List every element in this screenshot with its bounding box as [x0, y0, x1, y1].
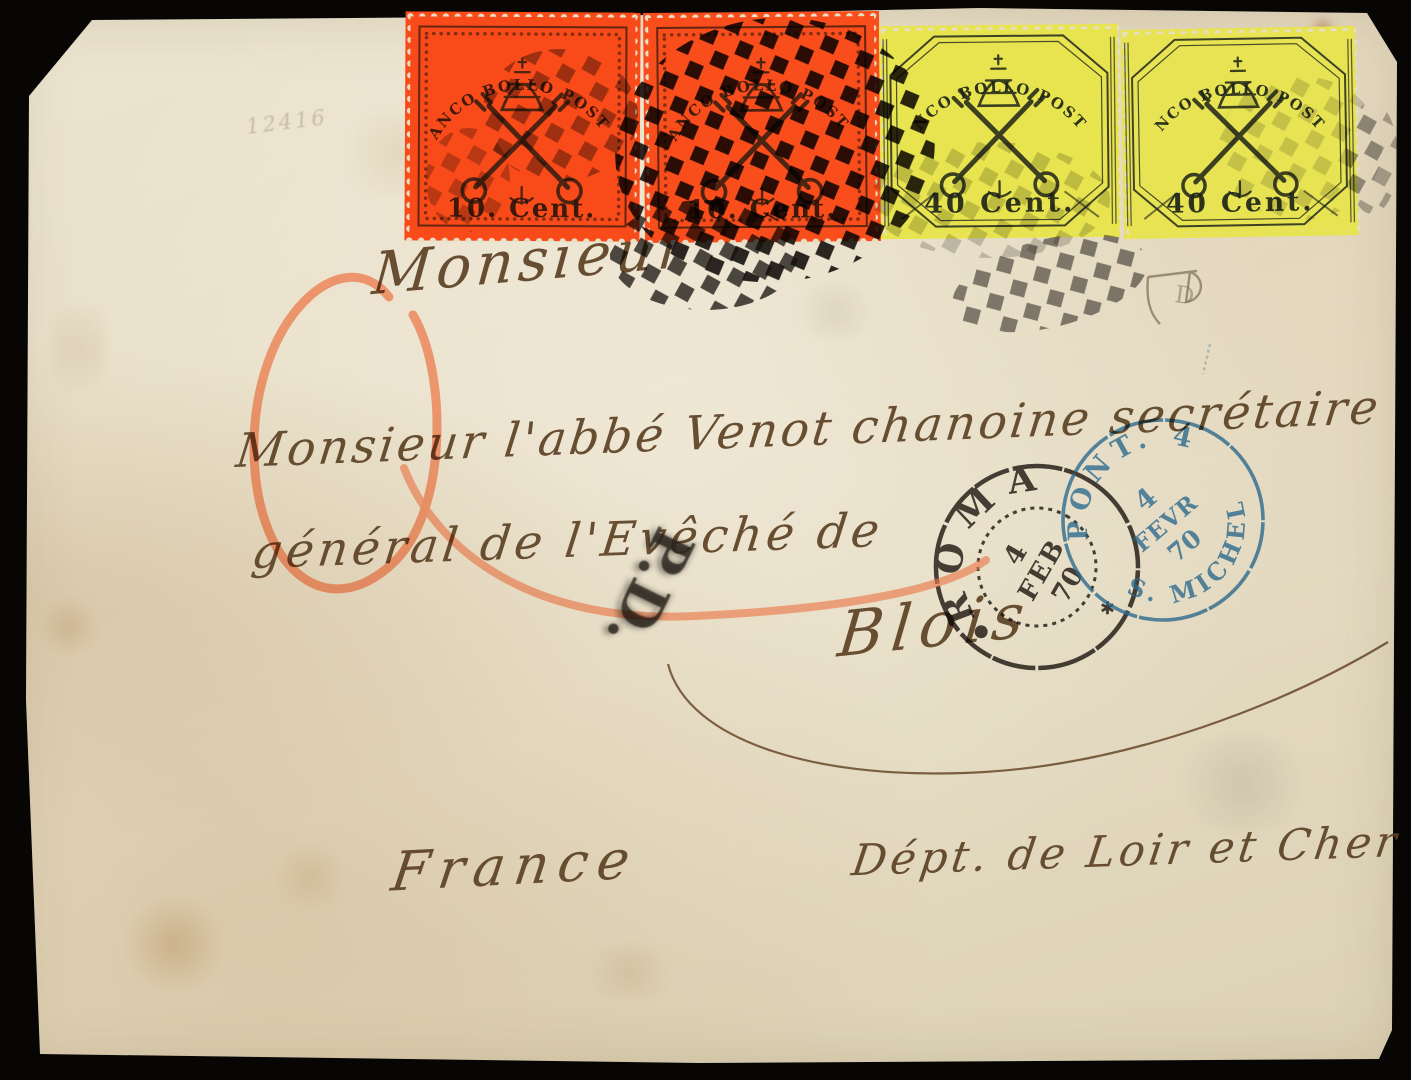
stamp-denomination: 40 Cent.	[1166, 186, 1315, 220]
toning-stain	[268, 846, 352, 908]
stamp-denomination: 10. Cent.	[447, 194, 597, 225]
stamp-denomination: 10. Cent.	[687, 193, 837, 225]
smudge	[790, 284, 880, 340]
stamp-10c-red-right: FRANCO BOLLO POSTALE 10. Cent.	[642, 8, 882, 246]
stamp-10c-red-left: FRANCO BOLLO POSTALE 10. Cent.	[403, 10, 641, 242]
toning-stain	[52, 284, 106, 412]
toning-stain	[578, 946, 682, 998]
photograph-of-envelope: 12416 Monsieur Monsieur l'abbé Venot cha…	[0, 0, 1411, 1080]
stamp-40c-yellow-left: FRANCO BOLLO POSTALE 40 Cent.	[878, 23, 1121, 241]
stamp-denomination: 40 Cent.	[924, 187, 1075, 220]
toning-stain	[38, 596, 100, 658]
toning-stain	[118, 898, 230, 990]
stamp-40c-yellow-right: FRANCO BOLLO POSTALE 40 Cent.	[1119, 25, 1360, 240]
smudge	[1168, 736, 1318, 832]
